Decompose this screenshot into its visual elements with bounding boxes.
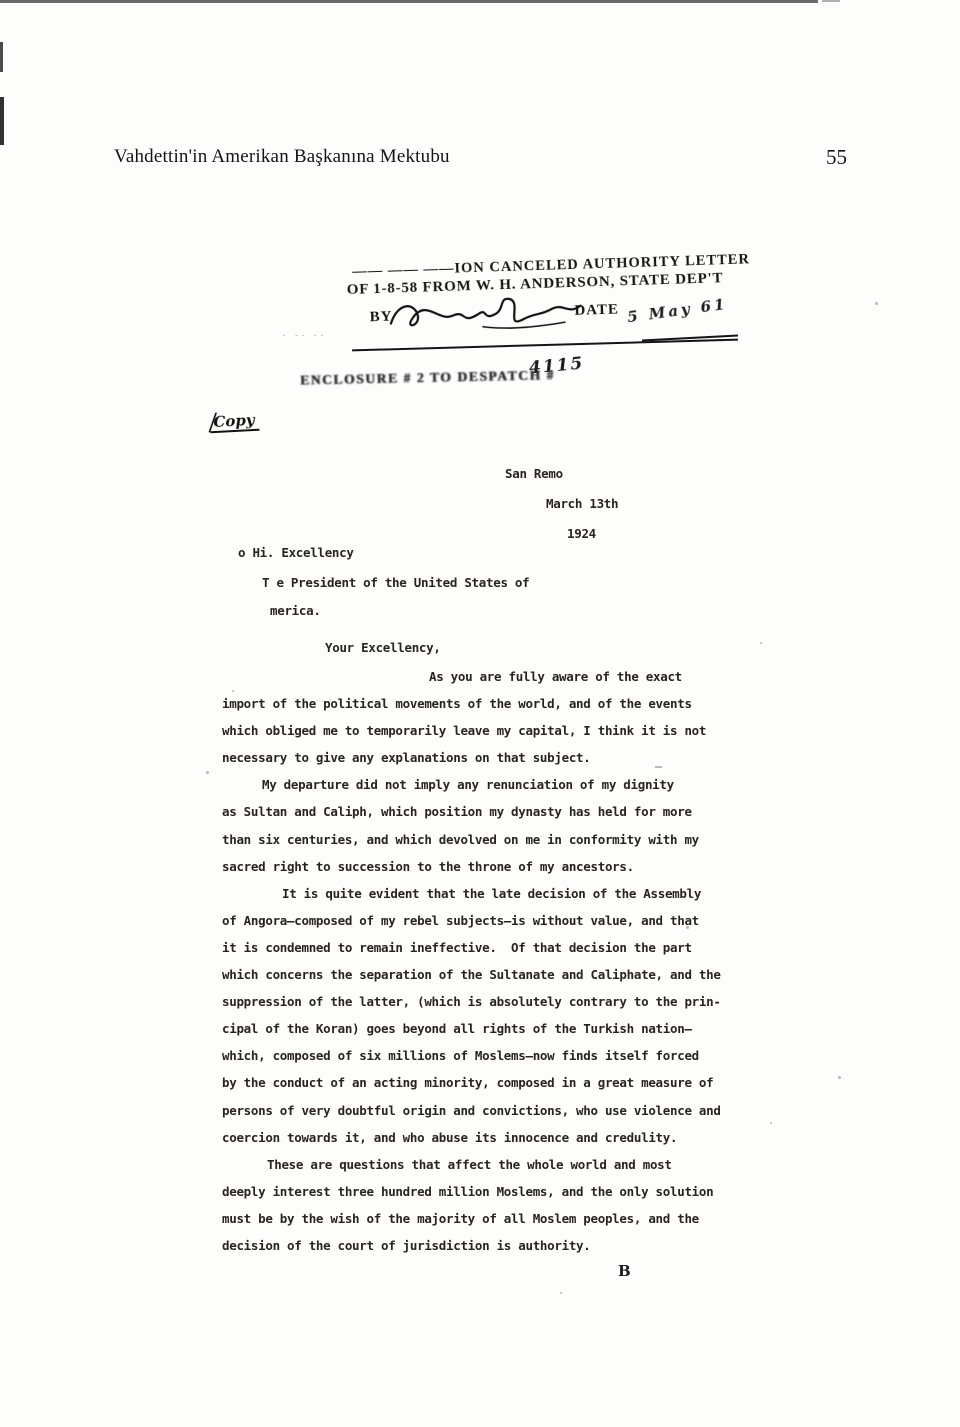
- scan-edge-mark: [0, 97, 4, 145]
- letter-body-line: must be by the wish of the majority of a…: [222, 1205, 721, 1232]
- declassification-stamp: —— —— ——ION CANCELED AUTHORITY LETTER OF…: [346, 251, 768, 327]
- scan-edge-mark: [0, 42, 3, 72]
- enclosure-stamp: ENCLOSURE # 2 TO DESPATCH #: [300, 367, 555, 388]
- enclosure-number-handwritten: 4115: [528, 354, 585, 379]
- letter-address-line: o Hi. Excellency: [238, 545, 354, 560]
- handwritten-copy-note: ∕Copy: [210, 411, 260, 434]
- page-number: 55: [826, 145, 847, 170]
- letter-dateline-place: San Remo: [505, 466, 563, 481]
- letter-dateline-year: 1924: [567, 526, 596, 541]
- letter-body-line: necessary to give any explanations on th…: [222, 744, 721, 771]
- letter-salutation: Your Excellency,: [325, 640, 441, 655]
- scan-speck: [760, 642, 762, 644]
- scan-edge-line: [0, 0, 818, 3]
- declass-date-label: DATE: [574, 301, 619, 319]
- letter-body-line: It is quite evident that the late decisi…: [222, 880, 721, 907]
- letter-body-line: which concerns the separation of the Sul…: [222, 961, 721, 988]
- letter-address-line: T e President of the United States of: [262, 575, 529, 590]
- letter-body-line: which obliged me to temporarily leave my…: [222, 717, 721, 744]
- letter-body-line: cipal of the Koran) goes beyond all righ…: [222, 1015, 721, 1042]
- scan-edge-line-fragment: [822, 0, 840, 2]
- letter-body: As you are fully aware of the exactimpor…: [222, 663, 721, 1259]
- page-title: Vahdettin'in Amerikan Başkanına Mektubu: [114, 146, 450, 168]
- letter-body-line: These are questions that affect the whol…: [222, 1151, 721, 1178]
- declass-handwritten-date: 5 May 61: [627, 295, 729, 327]
- letter-body-line: decision of the court of jurisdiction is…: [222, 1232, 721, 1259]
- letter-body-line: persons of very doubtful origin and conv…: [222, 1097, 721, 1124]
- letter-body-line: coercion towards it, and who abuse its i…: [222, 1124, 721, 1151]
- letter-body-line: it is condemned to remain ineffective. O…: [222, 934, 721, 961]
- scan-speck: [875, 302, 878, 305]
- letter-body-line: suppression of the latter, (which is abs…: [222, 988, 721, 1015]
- letter-body-line: which, composed of six millions of Mosle…: [222, 1042, 721, 1069]
- scanned-document-page: Vahdettin'in Amerikan Başkanına Mektubu …: [0, 0, 960, 1427]
- letter-address-line: merica.: [270, 603, 321, 618]
- letter-dateline-date: March 13th: [546, 496, 618, 511]
- scan-speck: [770, 1122, 772, 1124]
- copy-slash-mark: ∕: [210, 406, 216, 437]
- stamp-noise-marks: · ·· ··: [282, 330, 327, 342]
- scan-speck: [206, 771, 209, 774]
- letter-body-line: sacred right to succession to the throne…: [222, 853, 721, 880]
- letter-body-line: My departure did not imply any renunciat…: [222, 771, 721, 798]
- letter-body-line: of Angora—composed of my rebel subjects—…: [222, 907, 721, 934]
- declass-stamp-line3: BY DATE 5 May 61: [347, 288, 768, 327]
- letter-body-line: As you are fully aware of the exact: [222, 663, 721, 690]
- letter-body-line: by the conduct of an acting minority, co…: [222, 1069, 721, 1096]
- letter-body-line: than six centuries, and which devolved o…: [222, 826, 721, 853]
- letter-body-line: as Sultan and Caliph, which position my …: [222, 798, 721, 825]
- copy-note-text: Copy: [213, 411, 255, 431]
- signature-underline: [352, 339, 738, 352]
- letter-body-line: deeply interest three hundred million Mo…: [222, 1178, 721, 1205]
- signature-icon: [386, 288, 583, 336]
- letter-page-mark: B: [618, 1262, 631, 1280]
- scan-speck: [560, 1292, 562, 1294]
- letter-body-line: import of the political movements of the…: [222, 690, 721, 717]
- scan-speck: [838, 1076, 841, 1079]
